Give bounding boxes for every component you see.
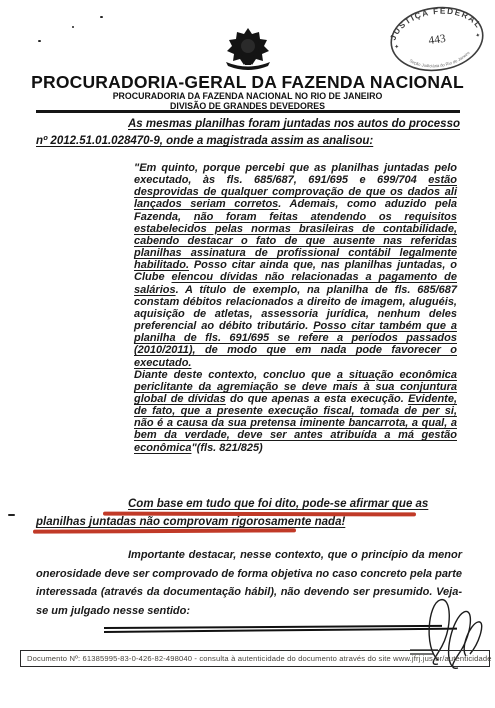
- stamp-number: 443: [428, 33, 447, 47]
- footer-text: Documento Nº: 61385995-83-0-426-82-49804…: [21, 654, 492, 663]
- separator-line-2: [104, 628, 457, 633]
- federal-stamp: JUSTIÇA FEDERAL Seção Judiciária do Rio …: [382, 2, 492, 81]
- red-marker-underline-2: [33, 528, 296, 533]
- scan-speck: [38, 40, 41, 42]
- header-title: PROCURADORIA-GERAL DA FAZENDA NACIONAL: [0, 72, 495, 93]
- highlight-line-2: planilhas juntadas não comprovam rigoros…: [36, 516, 345, 528]
- body-paragraph: Importante destacar, nesse contexto, que…: [36, 546, 462, 620]
- stamp-star-left-icon: ✦: [394, 43, 400, 51]
- footer-bar: Documento Nº: 61385995-83-0-426-82-49804…: [20, 650, 490, 667]
- document-page: JUSTIÇA FEDERAL Seção Judiciária do Rio …: [0, 0, 495, 708]
- stamp-star-right-icon: ✦: [475, 32, 481, 40]
- quote-block: "Em quinto, porque percebi que as planil…: [134, 162, 457, 454]
- scan-speck: [100, 16, 103, 18]
- highlight-line-1: Com base em tudo que foi dito, pode-se a…: [128, 498, 416, 510]
- intro-heading: As mesmas planilhas foram juntadas nos a…: [36, 116, 460, 150]
- scan-speck: [72, 26, 74, 28]
- scan-speck: [8, 514, 15, 516]
- header-rule: [36, 110, 460, 113]
- header-subtitle-1: PROCURADORIA DA FAZENDA NACIONAL NO RIO …: [0, 91, 495, 101]
